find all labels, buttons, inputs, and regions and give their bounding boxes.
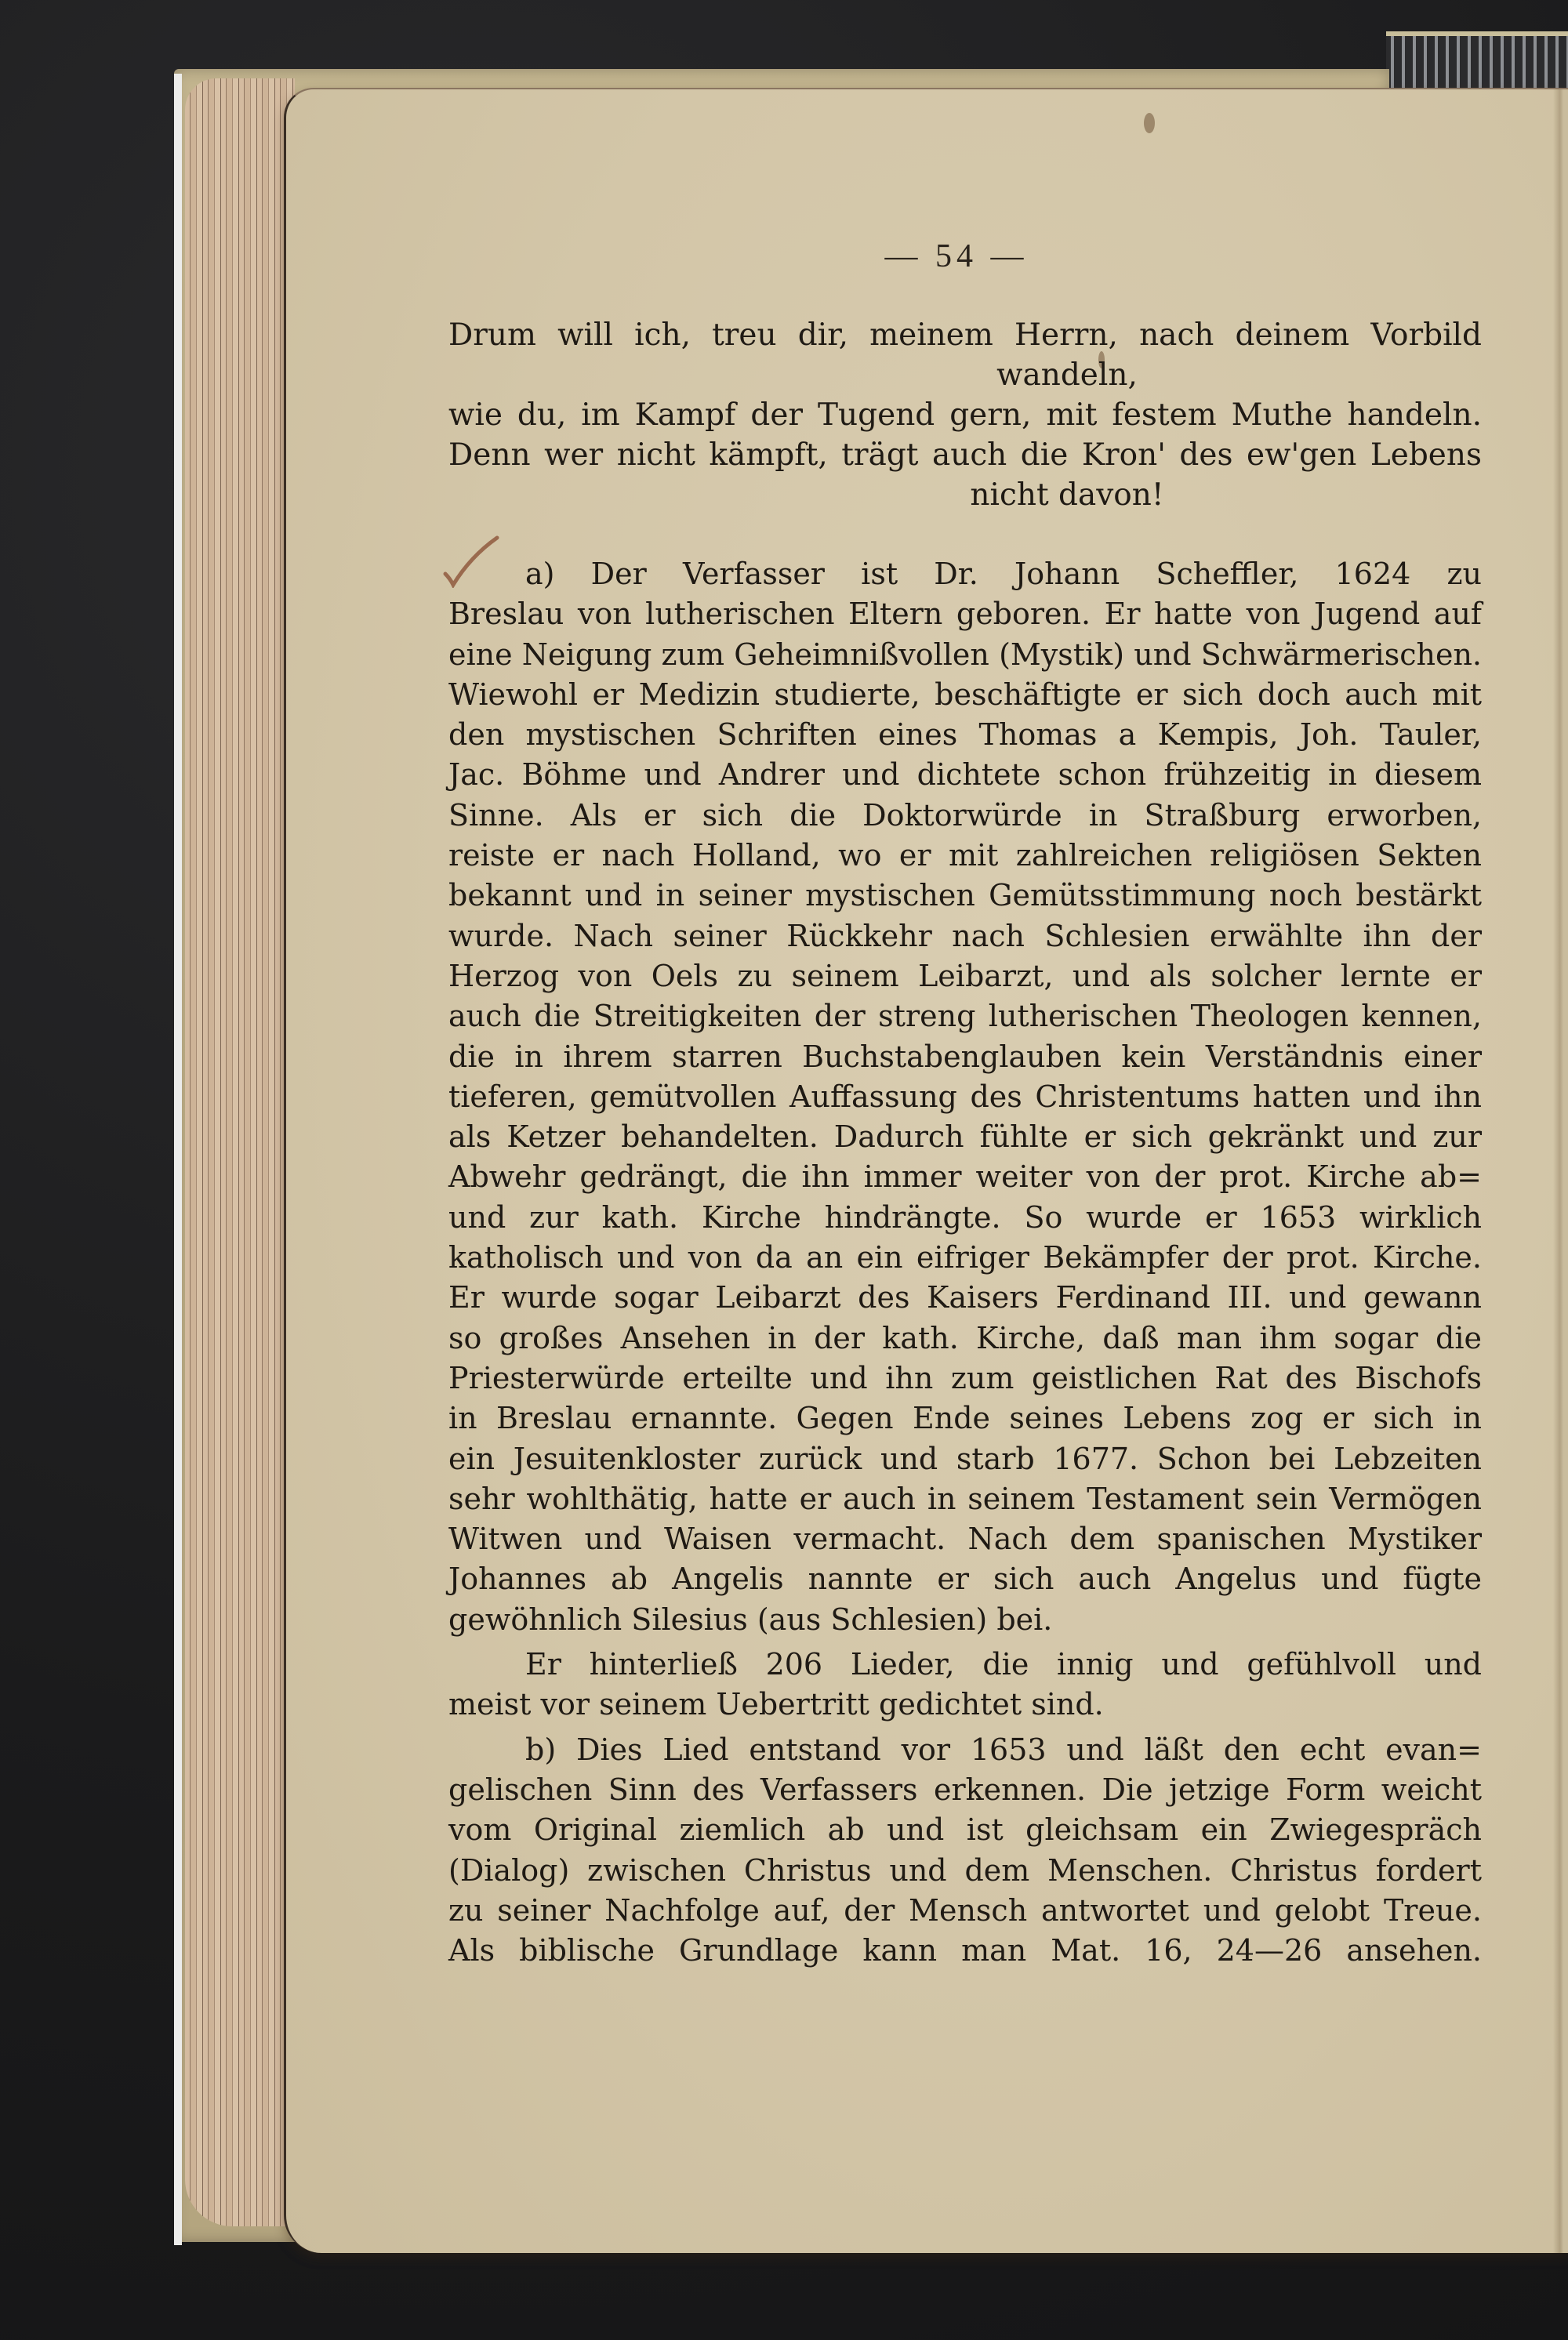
note-line: in Breslau ernannte. Gegen Ende seines L… [448, 1399, 1482, 1438]
note-line: Johannes ab Angelis nannte er sich auch … [448, 1559, 1482, 1599]
note-line: so großes Ansehen in der kath. Kirche, d… [448, 1319, 1482, 1359]
note-line: katholisch und von da an ein eifriger Be… [448, 1238, 1482, 1278]
note-line: Abwehr gedrängt, die ihn immer weiter vo… [448, 1157, 1482, 1197]
note-line: auch die Streitigkeiten der streng luthe… [448, 996, 1482, 1036]
note-line: die in ihrem starren Buchstabenglauben k… [448, 1037, 1482, 1077]
note-line: Als biblische Grundlage kann man Mat. 16… [448, 1931, 1482, 1971]
verse-line: wandeln, [448, 355, 1482, 395]
note-line: b) Dies Lied entstand vor 1653 und läßt … [448, 1730, 1482, 1770]
note-line: als Ketzer behandelten. Dadurch fühlte e… [448, 1117, 1482, 1157]
note-line: den mystischen Schriften eines Thomas a … [448, 715, 1482, 755]
page-number: — 54 — [851, 238, 1062, 275]
note-line: Wiewohl er Medizin studierte, beschäftig… [448, 675, 1482, 715]
note-line: vom Original ziemlich ab und ist gleichs… [448, 1810, 1482, 1850]
note-line: meist vor seinem Uebertritt gedichtet si… [448, 1685, 1482, 1725]
note-line: Herzog von Oels zu seinem Leibarzt, und … [448, 956, 1482, 996]
note-line: reiste er nach Holland, wo er mit zahlre… [448, 836, 1482, 876]
note-line: sehr wohlthätig, hatte er auch in seinem… [448, 1479, 1482, 1519]
verse-line: Denn wer nicht kämpft, trägt auch die Kr… [448, 435, 1482, 475]
note-line: gelischen Sinn des Verfassers erkennen. … [448, 1770, 1482, 1810]
note-line: Breslau von lutherischen Eltern geboren.… [448, 594, 1482, 634]
page-gutter-shadow [1553, 89, 1568, 2253]
note-line: tieferen, gemütvollen Auffassung des Chr… [448, 1077, 1482, 1117]
note-line: bekannt und in seiner mystischen Gemütss… [448, 876, 1482, 916]
note-line: Er wurde sogar Leibarzt des Kaisers Ferd… [448, 1278, 1482, 1318]
note-line: zu seiner Nachfolge auf, der Mensch antw… [448, 1891, 1482, 1931]
note-line: gewöhnlich Silesius (aus Schlesien) bei. [448, 1600, 1482, 1640]
commentary-notes: a) Der Verfasser ist Dr. Johann Scheffle… [448, 554, 1482, 1971]
note-line: Sinne. Als er sich die Doktorwürde in St… [448, 796, 1482, 836]
note-line: und zur kath. Kirche hindrängte. So wurd… [448, 1198, 1482, 1238]
note-line: ein Jesuitenkloster zurück und starb 167… [448, 1439, 1482, 1479]
note-line: Priesterwürde erteilte und ihn zum geist… [448, 1359, 1482, 1399]
verse-line: Drum will ich, treu dir, meinem Herrn, n… [448, 315, 1482, 355]
note-line: eine Neigung zum Geheimnißvollen (Mystik… [448, 635, 1482, 675]
hymn-verse: Drum will ich, treu dir, meinem Herrn, n… [448, 315, 1482, 515]
verse-line: nicht davon! [448, 475, 1482, 515]
note-line: Er hinterließ 206 Lieder, die innig und … [448, 1645, 1482, 1685]
note-line: wurde. Nach seiner Rückkehr nach Schlesi… [448, 916, 1482, 956]
paper-stain [1144, 113, 1155, 133]
verse-line: wie du, im Kampf der Tugend gern, mit fe… [448, 395, 1482, 435]
page-stack-edges [185, 78, 295, 2226]
note-line: Witwen und Waisen vermacht. Nach dem spa… [448, 1519, 1482, 1559]
note-line: Jac. Böhme und Andrer und dichtete schon… [448, 755, 1482, 795]
note-line: a) Der Verfasser ist Dr. Johann Scheffle… [448, 554, 1482, 594]
note-line: (Dialog) zwischen Christus und dem Mensc… [448, 1851, 1482, 1891]
